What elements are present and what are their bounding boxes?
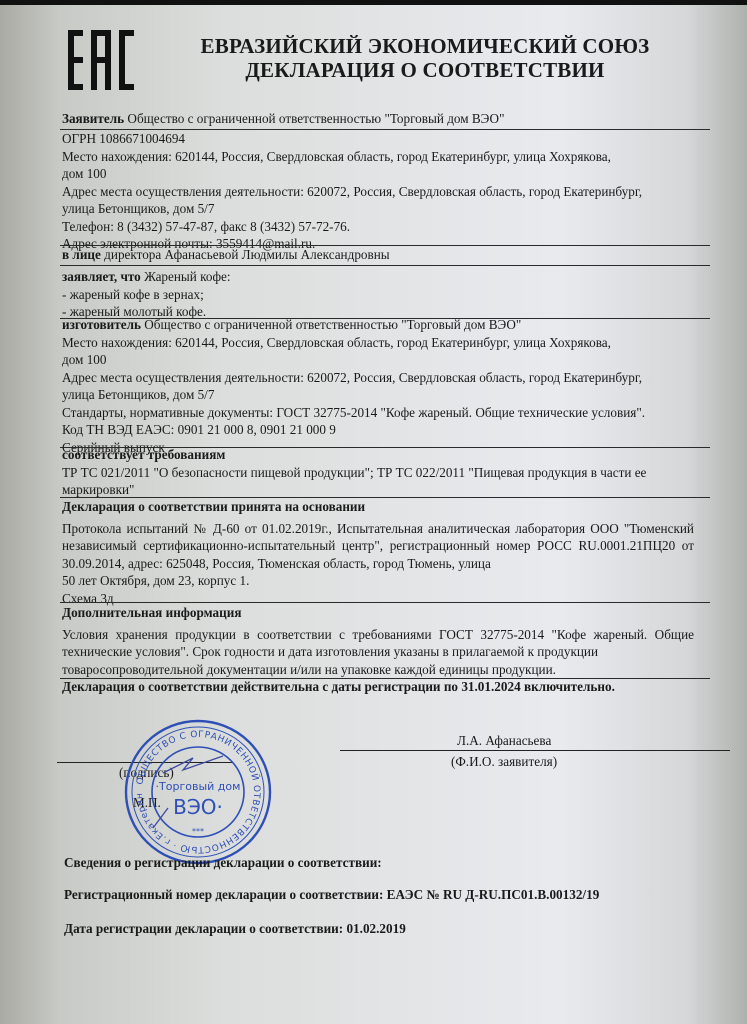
basis-text: Протокола испытаний № Д-60 от 01.02.2019… <box>62 520 694 573</box>
registration-number: Регистрационный номер декларации о соотв… <box>64 887 599 903</box>
applicant-ogrn: ОГРН 1086671004694 <box>62 130 694 148</box>
additional-text-last: товаросопроводительной документации и/ил… <box>62 661 694 679</box>
svg-text:ВЭО·: ВЭО· <box>173 795 223 819</box>
divider <box>60 602 710 603</box>
manufacturer-location-1: Место нахождения: 620144, Россия, Свердл… <box>62 334 694 352</box>
basis: Декларация о соответствии принята на осн… <box>62 498 694 607</box>
document-title: ЕВРАЗИЙСКИЙ ЭКОНОМИЧЕСКИЙ СОЮЗ ДЕКЛАРАЦИ… <box>190 34 660 82</box>
additional-label: Дополнительная информация <box>62 604 694 622</box>
manufacturer-tn-ved: Код ТН ВЭД ЕАЭС: 0901 21 000 8, 0901 21 … <box>62 421 694 439</box>
manufacturer: изготовитель Общество с ограниченной отв… <box>62 316 694 456</box>
applicant-location-1: Место нахождения: 620144, Россия, Свердл… <box>62 148 694 166</box>
title-declaration: ДЕКЛАРАЦИЯ О СООТВЕТСТВИИ <box>190 58 660 82</box>
manufacturer-name: Общество с ограниченной ответственностью… <box>141 317 521 332</box>
representative: в лице директора Афанасьевой Людмилы Але… <box>62 246 694 264</box>
divider <box>60 265 710 266</box>
declares-label: заявляет, что <box>62 269 141 284</box>
additional-info: Дополнительная информация Условия хранен… <box>62 604 694 678</box>
product-item: - жареный кофе в зернах; <box>62 286 694 304</box>
applicant-activity-2: улица Бетонщиков, дом 5/7 <box>62 200 694 218</box>
applicant-label: Заявитель <box>62 111 124 126</box>
applicant-header: Заявитель Общество с ограниченной ответс… <box>62 110 694 128</box>
manufacturer-label: изготовитель <box>62 317 141 332</box>
company-seal-icon: ОБЩЕСТВО С ОГРАНИЧЕННОЙ ОТВЕТСТВЕННОСТЬЮ… <box>123 718 273 866</box>
applicant-activity-1: Адрес места осуществления деятельности: … <box>62 183 694 201</box>
basis-text-last: 50 лет Октября, дом 23, корпус 1. <box>62 572 694 590</box>
additional-text: Условия хранения продукции в соответстви… <box>62 626 694 661</box>
name-caption: (Ф.И.О. заявителя) <box>451 754 557 770</box>
manufacturer-location-2: дом 100 <box>62 351 694 369</box>
declaration-document: ЕВРАЗИЙСКИЙ ЭКОНОМИЧЕСКИЙ СОЮЗ ДЕКЛАРАЦИ… <box>0 0 747 1024</box>
eac-logo-icon <box>68 30 134 90</box>
registration-date: Дата регистрации декларации о соответств… <box>64 921 406 937</box>
representative-text: директора Афанасьевой Людмилы Александро… <box>101 247 390 262</box>
registration-heading: Сведения о регистрации декларации о соот… <box>64 855 382 871</box>
manufacturer-activity-1: Адрес места осуществления деятельности: … <box>62 369 694 387</box>
title-union: ЕВРАЗИЙСКИЙ ЭКОНОМИЧЕСКИЙ СОЮЗ <box>190 34 660 58</box>
applicant-location-2: дом 100 <box>62 165 694 183</box>
name-line <box>340 750 730 751</box>
declares-product: Жареный кофе: <box>141 269 231 284</box>
requirements-line-1: ТР ТС 021/2011 "О безопасности пищевой п… <box>62 464 694 482</box>
manufacturer-activity-2: улица Бетонщиков, дом 5/7 <box>62 386 694 404</box>
applicant-phone: Телефон: 8 (3432) 57-47-87, факс 8 (3432… <box>62 218 694 236</box>
applicant-name: Общество с ограниченной ответственностью… <box>124 111 504 126</box>
requirements-line-2: маркировки" <box>62 481 694 499</box>
representative-label: в лице <box>62 247 101 262</box>
manufacturer-standards: Стандарты, нормативные документы: ГОСТ 3… <box>62 404 694 422</box>
applicant-signatory-name: Л.А. Афанасьева <box>457 733 551 749</box>
validity: Декларация о соответствии действительна … <box>62 678 694 696</box>
applicant-details: ОГРН 1086671004694 Место нахождения: 620… <box>62 130 694 253</box>
svg-text:***: *** <box>192 827 204 836</box>
declares: заявляет, что Жареный кофе: - жареный ко… <box>62 268 694 321</box>
requirements-label: соответствует требованиям <box>62 446 694 464</box>
requirements: соответствует требованиям ТР ТС 021/2011… <box>62 446 694 499</box>
basis-label: Декларация о соответствии принята на осн… <box>62 498 694 516</box>
validity-text: Декларация о соответствии действительна … <box>62 678 694 696</box>
svg-text:·Торговый дом: ·Торговый дом <box>156 780 241 793</box>
